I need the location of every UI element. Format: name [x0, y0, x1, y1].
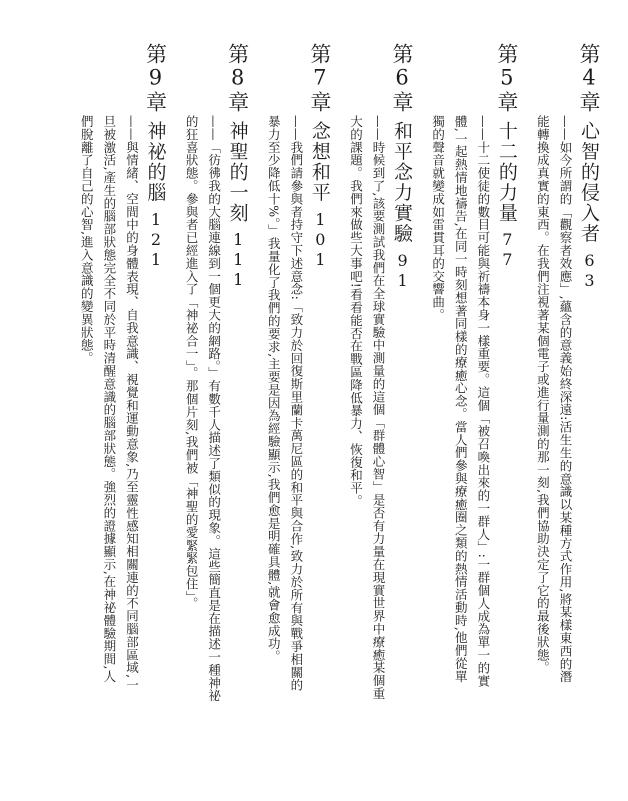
chapter-page-number: 111 — [229, 230, 248, 290]
chapter-description-column: 旦被激活,產生的腦部狀態完全不同於平時清醒意識的腦部狀態。強烈的證據顯示,在神祕… — [97, 0, 120, 801]
chapter-description-column: 們脫離了自己的心智,進入意識的變異狀態。 — [75, 0, 98, 801]
chapter-8: 第8章神聖的一刻111 ——「彷彿我的大腦連線到一個更大的網路。」有數千人描述了… — [179, 0, 250, 801]
chapter-4: 第4章心智的侵入者63 ——如今所謂的「觀察者效應」,蘊含的意義始終深遠:活生生… — [531, 0, 602, 801]
chapter-page-number: 63 — [580, 251, 599, 291]
chapter-label: 第5章 — [495, 43, 519, 114]
chapter-title: 念想和平 — [309, 121, 331, 203]
chapter-page-number: 121 — [146, 210, 165, 270]
chapter-heading: 第6章和平念力實驗91 — [389, 0, 415, 801]
chapter-title: 和平念力實驗 — [391, 121, 413, 244]
chapter-5: 第5章十二的力量77 ——十二使徒的數目可能與祈禱本身一樣重要。這個「被召喚出來… — [426, 0, 520, 801]
chapter-page-number: 77 — [498, 230, 517, 270]
chapter-description-column: ——「彷彿我的大腦連線到一個更大的網路。」有數千人描述了類似的現象。這些簡直是在… — [202, 0, 225, 801]
chapter-heading: 第5章十二的力量77 — [494, 0, 520, 801]
chapter-description-column: 能轉換成真實的東西。在我們注視著某個電子或進行量測的那一刻,我們協助決定了它的最… — [531, 0, 554, 801]
chapter-label: 第7章 — [308, 43, 332, 114]
book-page: 第4章心智的侵入者63 ——如今所謂的「觀察者效應」,蘊含的意義始終深遠:活生生… — [0, 0, 628, 801]
chapter-heading: 第7章念想和平101 — [307, 0, 333, 801]
chapter-page-number: 101 — [311, 210, 330, 270]
chapter-title: 十二的力量 — [496, 121, 518, 224]
chapter-page-number: 91 — [393, 251, 412, 291]
chapter-title: 心智的侵入者 — [578, 121, 600, 244]
chapter-description-column: 大的課題。我們來做些大事吧!看看能否在戰區降低暴力、恢復和平。 — [344, 0, 367, 801]
chapter-description-column: ——與情緒、空間中的身體表現、自我意識、視覺和運動意象,乃至靈性感知相關連的不同… — [120, 0, 143, 801]
chapter-9: 第9章神祕的腦121 ——與情緒、空間中的身體表現、自我意識、視覺和運動意象,乃… — [75, 0, 169, 801]
chapter-description-column: 獨的聲音就變成如雷貫耳的交響曲。 — [426, 0, 449, 801]
chapter-description-column: ——時候到了,該要測試我們在全球實驗中測量的這個「群體心智」是否有力量在現實世界… — [366, 0, 389, 801]
chapter-description-column: 暴力至少降低十%。」我量化了我們的要求,主要是因為經驗顯示,我們愈是明確具體,就… — [262, 0, 285, 801]
chapter-label: 第9章 — [143, 43, 167, 114]
chapter-title: 神祕的腦 — [144, 121, 166, 203]
chapter-label: 第6章 — [390, 43, 414, 114]
chapter-label: 第8章 — [226, 43, 250, 114]
chapter-6: 第6章和平念力實驗91 ——時候到了,該要測試我們在全球實驗中測量的這個「群體心… — [344, 0, 415, 801]
chapter-7: 第7章念想和平101 ——我們請參與者持守下述意念:「致力於回復斯里蘭卡萬尼區的… — [262, 0, 333, 801]
chapter-label: 第4章 — [577, 43, 601, 114]
chapter-description-column: ——如今所謂的「觀察者效應」,蘊含的意義始終深遠:活生生的意識以某種方式作用,將… — [553, 0, 576, 801]
table-of-contents: 第4章心智的侵入者63 ——如今所謂的「觀察者效應」,蘊含的意義始終深遠:活生生… — [75, 0, 602, 801]
chapter-heading: 第4章心智的侵入者63 — [576, 0, 602, 801]
chapter-description-column: 的狂喜狀態。參與者已經進入了「神祕合一」。那個片刻,我們被「神聖的愛緊緊包住」。 — [179, 0, 202, 801]
chapter-heading: 第8章神聖的一刻111 — [225, 0, 251, 801]
chapter-description-column: ——十二使徒的數目可能與祈禱本身一樣重要。這個「被召喚出來的一群人」:一群個人成… — [471, 0, 494, 801]
chapter-heading: 第9章神祕的腦121 — [142, 0, 168, 801]
chapter-title: 神聖的一刻 — [227, 121, 249, 224]
chapter-description-column: 體,一起熱情地禱告,在同一時刻想著同樣的療癒心念。當人們參與療癒圈之類的熱情活動… — [449, 0, 472, 801]
chapter-description-column: ——我們請參與者持守下述意念:「致力於回復斯里蘭卡萬尼區的和平與合作,致力於所有… — [284, 0, 307, 801]
